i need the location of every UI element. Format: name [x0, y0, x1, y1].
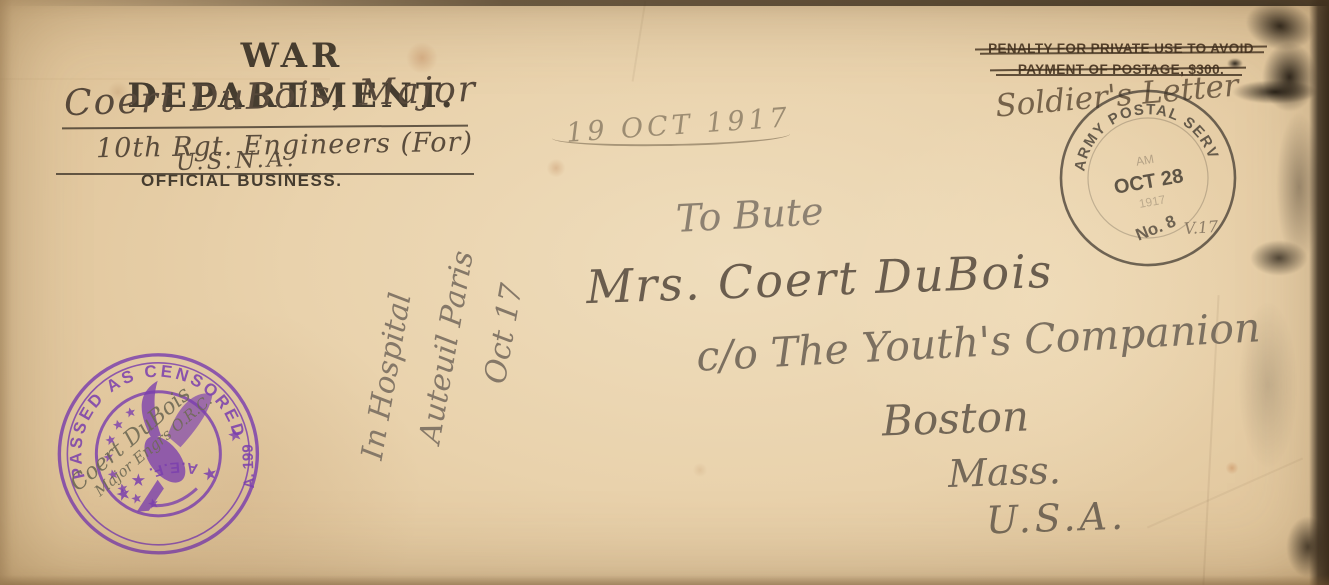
vignette-shading	[0, 0, 1329, 585]
envelope-scan: WAR DEPARTMENT. Coert DuBois, Major 10th…	[0, 0, 1329, 585]
